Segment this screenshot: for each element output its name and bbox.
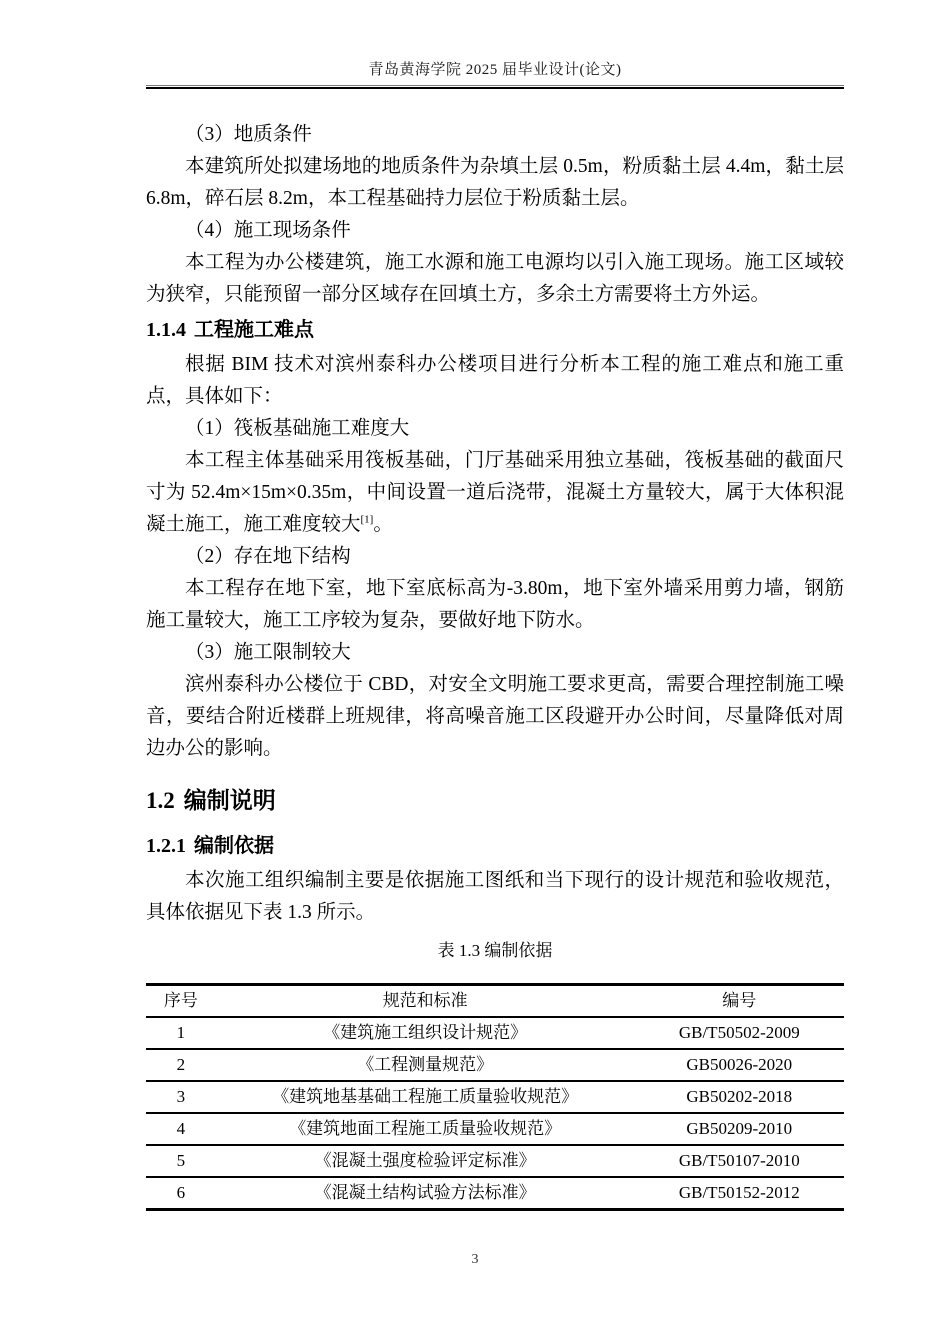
paragraph-text: 本工程主体基础采用筏板基础，门厅基础采用独立基础，筏板基础的截面尺寸为 52.4… [146,450,844,535]
paragraph-raft-foundation: 本工程主体基础采用筏板基础，门厅基础采用独立基础，筏板基础的截面尺寸为 52.4… [146,445,844,541]
list-label-raft-foundation: （1）筏板基础施工难度大 [146,413,844,445]
table-cell-standard: 《混凝土强度检验评定标准》 [216,1145,635,1177]
subsection-heading-1-2-1: 1.2.1编制依据 [146,830,844,862]
table-cell-index: 6 [146,1177,216,1210]
list-label-underground-structure: （2）存在地下结构 [146,541,844,573]
header-rule [146,85,844,89]
table-header-cell: 编号 [635,985,844,1018]
heading-number: 1.2 [146,788,175,813]
document-body: （3）地质条件 本建筑所处拟建场地的地质条件为杂填土层 0.5m，粉质黏土层 4… [146,119,844,1211]
paragraph-geology: 本建筑所处拟建场地的地质条件为杂填土层 0.5m，粉质黏土层 4.4m，黏土层 … [146,151,844,215]
table-caption: 表 1.3 编制依据 [146,941,844,961]
page-number: 3 [0,1252,950,1268]
table-row: 6 《混凝土结构试验方法标准》 GB/T50152-2012 [146,1177,844,1210]
subsection-heading-1-1-4: 1.1.4工程施工难点 [146,314,844,346]
header-rule-thin-line [146,85,844,86]
paragraph-text: 。 [373,514,393,535]
table-row: 5 《混凝土强度检验评定标准》 GB/T50107-2010 [146,1145,844,1177]
paragraph-basis-intro: 本次施工组织编制主要是依据施工图纸和当下现行的设计规范和验收规范，具体依据见下表… [146,865,844,929]
heading-text: 编制说明 [184,787,276,813]
table-cell-index: 2 [146,1049,216,1081]
table-cell-standard: 《混凝土结构试验方法标准》 [216,1177,635,1210]
table-cell-standard: 《建筑地面工程施工质量验收规范》 [216,1113,635,1145]
heading-text: 工程施工难点 [194,319,314,341]
table-cell-standard: 《建筑地基基础工程施工质量验收规范》 [216,1081,635,1113]
table-header-row: 序号 规范和标准 编号 [146,985,844,1018]
page-header: 青岛黄海学院 2025 届毕业设计(论文) [146,0,844,89]
list-label-site-conditions: （4）施工现场条件 [146,215,844,247]
table-row: 2 《工程测量规范》 GB50026-2020 [146,1049,844,1081]
table-cell-index: 1 [146,1017,216,1049]
table-cell-code: GB50209-2010 [635,1113,844,1145]
section-heading-1-2: 1.2编制说明 [146,783,844,818]
document-page: 青岛黄海学院 2025 届毕业设计(论文) （3）地质条件 本建筑所处拟建场地的… [0,0,950,1344]
table-row: 3 《建筑地基基础工程施工质量验收规范》 GB50202-2018 [146,1081,844,1113]
table-header-cell: 规范和标准 [216,985,635,1018]
table-cell-standard: 《工程测量规范》 [216,1049,635,1081]
running-head-title: 青岛黄海学院 2025 届毕业设计(论文) [146,0,844,79]
footnote-ref: [1] [361,514,374,526]
table-row: 4 《建筑地面工程施工质量验收规范》 GB50209-2010 [146,1113,844,1145]
table-cell-code: GB/T50502-2009 [635,1017,844,1049]
heading-number: 1.2.1 [146,835,186,857]
heading-number: 1.1.4 [146,319,186,341]
table-header-cell: 序号 [146,985,216,1018]
table-cell-code: GB/T50107-2010 [635,1145,844,1177]
paragraph-construction-limits: 滨州泰科办公楼位于 CBD，对安全文明施工要求更高，需要合理控制施工噪音，要结合… [146,669,844,765]
table-cell-standard: 《建筑施工组织设计规范》 [216,1017,635,1049]
table-cell-code: GB50026-2020 [635,1049,844,1081]
table-cell-index: 4 [146,1113,216,1145]
paragraph-site-conditions: 本工程为办公楼建筑，施工水源和施工电源均以引入施工现场。施工区域较为狭窄，只能预… [146,247,844,311]
table-row: 1 《建筑施工组织设计规范》 GB/T50502-2009 [146,1017,844,1049]
compilation-basis-table: 序号 规范和标准 编号 1 《建筑施工组织设计规范》 GB/T50502-200… [146,983,844,1211]
table-cell-index: 3 [146,1081,216,1113]
header-rule-thick-line [146,87,844,89]
table-cell-code: GB50202-2018 [635,1081,844,1113]
table-cell-index: 5 [146,1145,216,1177]
table-cell-code: GB/T50152-2012 [635,1177,844,1210]
paragraph-underground-structure: 本工程存在地下室，地下室底标高为-3.80m，地下室外墙采用剪力墙，钢筋施工量较… [146,573,844,637]
heading-text: 编制依据 [194,835,274,857]
paragraph-difficulties-intro: 根据 BIM 技术对滨州泰科办公楼项目进行分析本工程的施工难点和施工重点，具体如… [146,349,844,413]
list-label-construction-limits: （3）施工限制较大 [146,637,844,669]
list-label-geology: （3）地质条件 [146,119,844,151]
